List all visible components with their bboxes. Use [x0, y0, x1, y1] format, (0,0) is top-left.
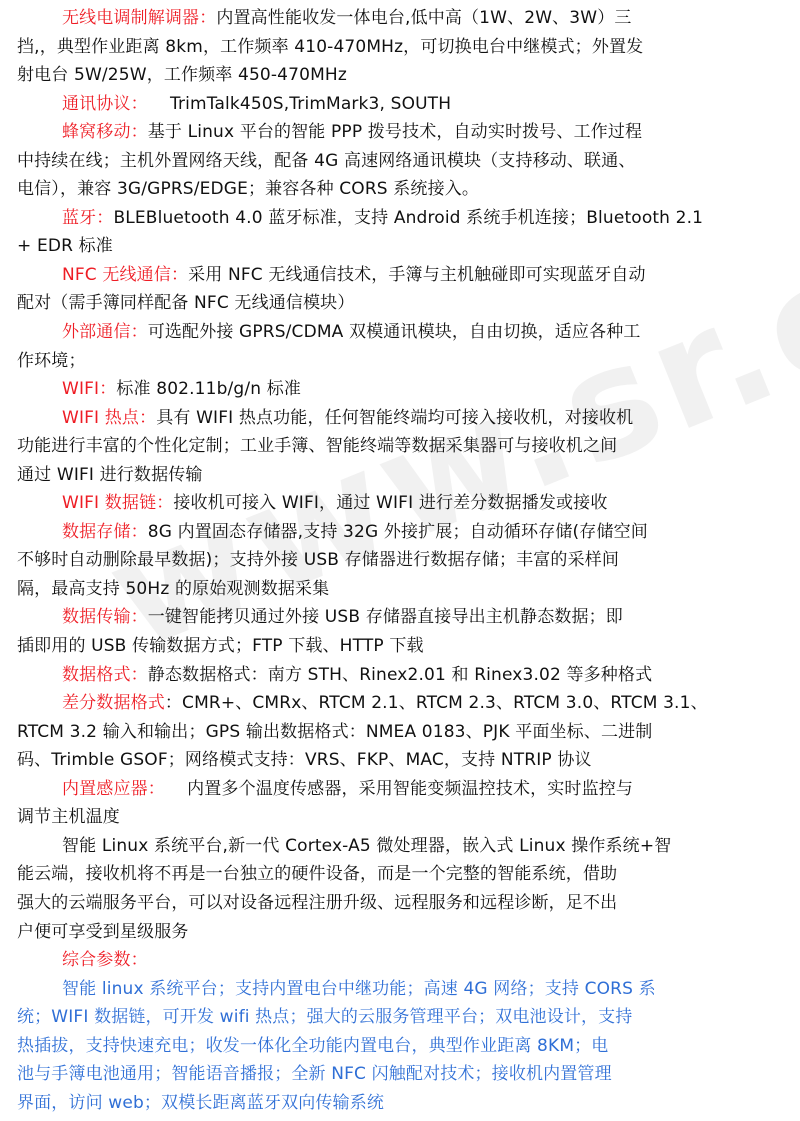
spec-label-external-comm: 外部通信： — [62, 322, 148, 342]
spec-text: 隔，最高支持 50Hz 的原始观测数据采集 — [17, 579, 329, 599]
summary-text: 池与手簿电池通用；智能语音播报；全新 NFC 闪触配对技术；接收机内置管理 — [17, 1064, 612, 1084]
spec-text: 8G 内置固态存储器,支持 32G 外接扩展；自动循环存储(存储空间 — [148, 522, 648, 542]
spec-line: 电信），兼容 3G/GPRS/EDGE；兼容各种 CORS 系统接入。 — [17, 175, 779, 204]
summary-heading-line: 综合参数： — [17, 946, 779, 975]
spec-line: 外部通信：可选配外接 GPRS/CDMA 双模通讯模块，自由切换，适应各种工 — [17, 318, 779, 347]
spec-line: 通过 WIFI 进行数据传输 — [17, 461, 779, 490]
spec-text: 接收机可接入 WIFI，通过 WIFI 进行差分数据播发或接收 — [173, 493, 607, 513]
spec-label-wifi-hotspot: WIFI 热点： — [62, 408, 156, 428]
spec-line: WIFI 数据链：接收机可接入 WIFI，通过 WIFI 进行差分数据播发或接收 — [17, 489, 779, 518]
spec-label-cellular: 蜂窝移动： — [62, 122, 148, 142]
spec-text: 功能进行丰富的个性化定制；工业手簿、智能终端等数据采集器可与接收机之间 — [17, 436, 617, 456]
spec-text: 电信），兼容 3G/GPRS/EDGE；兼容各种 CORS 系统接入。 — [17, 179, 479, 199]
summary-line: 池与手簿电池通用；智能语音播报；全新 NFC 闪触配对技术；接收机内置管理 — [17, 1060, 779, 1089]
spec-text: 射电台 5W/25W，工作频率 450-470MHz — [17, 65, 347, 85]
spec-line: 蓝牙：BLEBluetooth 4.0 蓝牙标准，支持 Android 系统手机… — [17, 204, 779, 233]
spec-text: 具有 WIFI 热点功能，任何智能终端均可接入接收机，对接收机 — [156, 408, 633, 428]
spec-text: 强大的云端服务平台，可以对设备远程注册升级、远程服务和远程诊断，足不出 — [17, 893, 617, 913]
spec-line: 中持续在线；主机外置网络天线，配备 4G 高速网络通讯模块（支持移动、联通、 — [17, 147, 779, 176]
spec-label-nfc: NFC 无线通信： — [62, 265, 188, 285]
spec-text: 通过 WIFI 进行数据传输 — [17, 465, 203, 485]
spec-label-sensor: 内置感应器： — [62, 779, 165, 799]
spec-line: WIFI：标准 802.11b/g/n 标准 — [17, 375, 779, 404]
spec-text: 基于 Linux 平台的智能 PPP 拨号技术，自动实时拨号、工作过程 — [148, 122, 642, 142]
spec-line: RTCM 3.2 输入和输出；GPS 输出数据格式：NMEA 0183、PJK … — [17, 718, 779, 747]
spec-text: 一键智能拷贝通过外接 USB 存储器直接导出主机静态数据；即 — [148, 607, 623, 627]
spec-line: 智能 Linux 系统平台,新一代 Cortex-A5 微处理器，嵌入式 Lin… — [17, 832, 779, 861]
spec-line: 差分数据格式：CMR+、CMRx、RTCM 2.1、RTCM 2.3、RTCM … — [17, 689, 779, 718]
spec-label-data-storage: 数据存储： — [62, 522, 148, 542]
spec-line: 内置感应器： 内置多个温度传感器，采用智能变频温控技术，实时监控与 — [17, 775, 779, 804]
spec-text: 内置多个温度传感器，采用智能变频温控技术，实时监控与 — [165, 779, 633, 799]
spec-text: BLEBluetooth 4.0 蓝牙标准，支持 Android 系统手机连接；… — [113, 208, 703, 228]
summary-text: 统；WIFI 数据链，可开发 wifi 热点；强大的云服务管理平台；双电池设计，… — [17, 1007, 632, 1027]
spec-text: 户便可享受到星级服务 — [17, 922, 189, 942]
spec-line: 调节主机温度 — [17, 803, 779, 832]
spec-line: 数据存储：8G 内置固态存储器,支持 32G 外接扩展；自动循环存储(存储空间 — [17, 518, 779, 547]
spec-line: 无线电调制解调器：内置高性能收发一体电台,低中高（1W、2W、3W）三 — [17, 4, 779, 33]
spec-line: WIFI 热点：具有 WIFI 热点功能，任何智能终端均可接入接收机，对接收机 — [17, 404, 779, 433]
spec-line: 作环境； — [17, 347, 779, 376]
spec-text: RTCM 3.2 输入和输出；GPS 输出数据格式：NMEA 0183、PJK … — [17, 722, 652, 742]
spec-text: 标准 802.11b/g/n 标准 — [116, 379, 301, 399]
spec-text: 静态数据格式：南方 STH、Rinex2.01 和 Rinex3.02 等多种格… — [148, 665, 653, 685]
spec-text: + EDR 标准 — [17, 236, 113, 256]
spec-line: 数据格式：静态数据格式：南方 STH、Rinex2.01 和 Rinex3.02… — [17, 661, 779, 690]
spec-line: 码、Trimble GSOF；网络模式支持：VRS、FKP、MAC，支持 NTR… — [17, 746, 779, 775]
spec-text: 挡,，典型作业距离 8km，工作频率 410-470MHz，可切换电台中继模式；… — [17, 37, 643, 57]
spec-text: 作环境； — [17, 351, 86, 371]
spec-line: 配对（需手簿同样配备 NFC 无线通信模块） — [17, 289, 779, 318]
spec-line: 挡,，典型作业距离 8km，工作频率 410-470MHz，可切换电台中继模式；… — [17, 33, 779, 62]
spec-line: 功能进行丰富的个性化定制；工业手簿、智能终端等数据采集器可与接收机之间 — [17, 432, 779, 461]
spec-text: 调节主机温度 — [17, 807, 120, 827]
summary-line: 热插拔，支持快速充电；收发一体化全功能内置电台，典型作业距离 8KM；电 — [17, 1032, 779, 1061]
spec-line: 蜂窝移动：基于 Linux 平台的智能 PPP 拨号技术，自动实时拨号、工作过程 — [17, 118, 779, 147]
spec-text: 配对（需手簿同样配备 NFC 无线通信模块） — [17, 293, 354, 313]
spec-label-bluetooth: 蓝牙： — [62, 208, 113, 228]
summary-text: 智能 linux 系统平台；支持内置电台中继功能；高速 4G 网络；支持 COR… — [62, 979, 656, 999]
spec-line: 不够时自动删除最早数据)；支持外接 USB 存储器进行数据存储；丰富的采样间 — [17, 546, 779, 575]
spec-text: 插即用的 USB 传输数据方式；FTP 下载、HTTP 下载 — [17, 636, 424, 656]
spec-line: 户便可享受到星级服务 — [17, 918, 779, 947]
spec-text: 不够时自动删除最早数据)；支持外接 USB 存储器进行数据存储；丰富的采样间 — [17, 550, 619, 570]
spec-label-wifi: WIFI： — [62, 379, 116, 399]
spec-line: NFC 无线通信：采用 NFC 无线通信技术，手簿与主机触碰即可实现蓝牙自动 — [17, 261, 779, 290]
summary-label: 综合参数： — [62, 950, 148, 970]
spec-line: 强大的云端服务平台，可以对设备远程注册升级、远程服务和远程诊断，足不出 — [17, 889, 779, 918]
spec-text: TrimTalk450S,TrimMark3, SOUTH — [148, 94, 451, 114]
summary-text: 热插拔，支持快速充电；收发一体化全功能内置电台，典型作业距离 8KM；电 — [17, 1036, 608, 1056]
spec-line: 插即用的 USB 传输数据方式；FTP 下载、HTTP 下载 — [17, 632, 779, 661]
spec-label-differential-format: 差分数据格式 — [62, 693, 165, 713]
spec-line: 隔，最高支持 50Hz 的原始观测数据采集 — [17, 575, 779, 604]
summary-line: 智能 linux 系统平台；支持内置电台中继功能；高速 4G 网络；支持 COR… — [17, 975, 779, 1004]
spec-text: 中持续在线；主机外置网络天线，配备 4G 高速网络通讯模块（支持移动、联通、 — [17, 151, 636, 171]
spec-text: 码、Trimble GSOF；网络模式支持：VRS、FKP、MAC，支持 NTR… — [17, 750, 592, 770]
spec-label-radio-modem: 无线电调制解调器： — [62, 8, 216, 28]
spec-label-data-transfer: 数据传输： — [62, 607, 148, 627]
spec-text: 可选配外接 GPRS/CDMA 双模通讯模块，自由切换，适应各种工 — [148, 322, 641, 342]
spec-line: 数据传输：一键智能拷贝通过外接 USB 存储器直接导出主机静态数据；即 — [17, 603, 779, 632]
spec-text: 采用 NFC 无线通信技术，手簿与主机触碰即可实现蓝牙自动 — [188, 265, 646, 285]
spec-text: 内置高性能收发一体电台,低中高（1W、2W、3W）三 — [216, 8, 631, 28]
spec-line: 能云端，接收机将不再是一台独立的硬件设备，而是一个完整的智能系统，借助 — [17, 860, 779, 889]
spec-text: 能云端，接收机将不再是一台独立的硬件设备，而是一个完整的智能系统，借助 — [17, 864, 617, 884]
spec-label-data-format: 数据格式： — [62, 665, 148, 685]
summary-line: 统；WIFI 数据链，可开发 wifi 热点；强大的云服务管理平台；双电池设计，… — [17, 1003, 779, 1032]
spec-text: 智能 Linux 系统平台,新一代 Cortex-A5 微处理器，嵌入式 Lin… — [62, 836, 671, 856]
summary-line: 界面，访问 web；双模长距离蓝牙双向传输系统 — [17, 1089, 779, 1118]
spec-label-wifi-datalink: WIFI 数据链： — [62, 493, 173, 513]
spec-label-protocol: 通讯协议： — [62, 94, 148, 114]
spec-document: 无线电调制解调器：内置高性能收发一体电台,低中高（1W、2W、3W）三 挡,，典… — [17, 4, 779, 1117]
spec-line: + EDR 标准 — [17, 232, 779, 261]
spec-line: 通讯协议： TrimTalk450S,TrimMark3, SOUTH — [17, 90, 779, 119]
spec-line: 射电台 5W/25W，工作频率 450-470MHz — [17, 61, 779, 90]
summary-text: 界面，访问 web；双模长距离蓝牙双向传输系统 — [17, 1093, 384, 1113]
spec-text: ：CMR+、CMRx、RTCM 2.1、RTCM 2.3、RTCM 3.0、RT… — [165, 693, 708, 713]
